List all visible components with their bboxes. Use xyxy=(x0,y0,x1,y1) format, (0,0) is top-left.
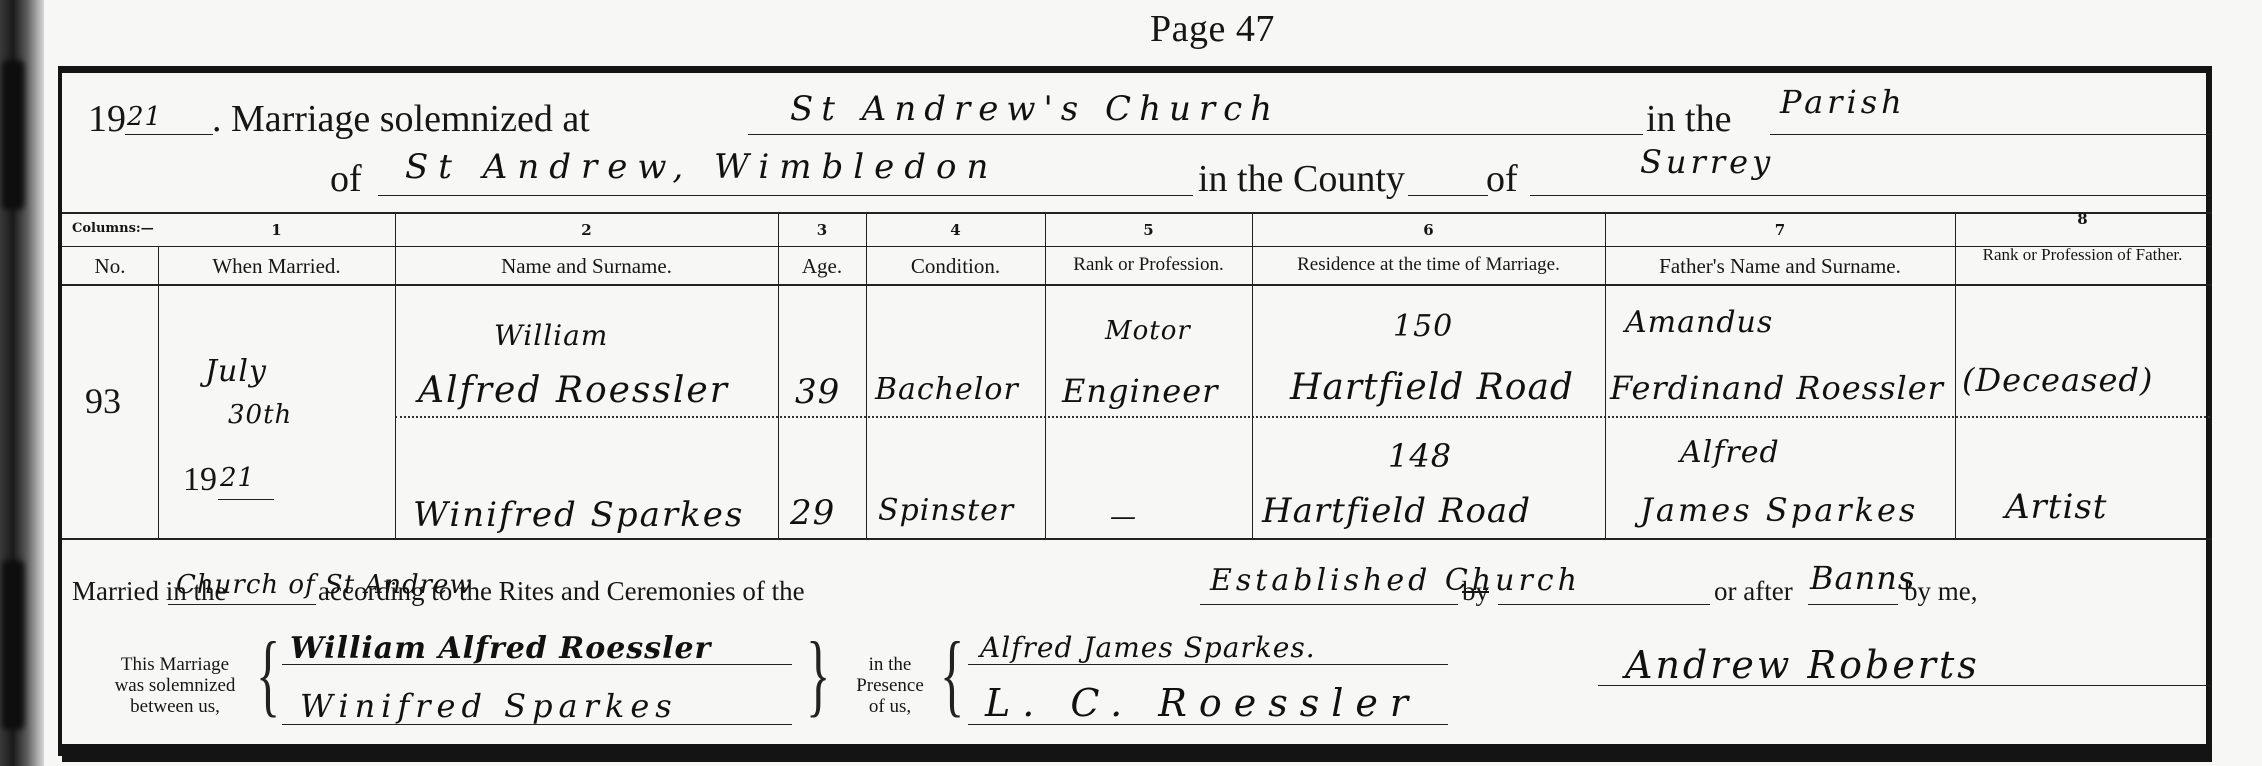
table-top-rule xyxy=(62,212,2212,214)
column-number-3: 3 xyxy=(778,221,866,239)
year-prefix: 19 xyxy=(88,100,126,138)
page-number: Page 47 xyxy=(1150,10,1275,48)
bride-age: 29 xyxy=(790,496,835,530)
columns-label: Columns:— xyxy=(72,222,154,235)
column-number-8: 8 xyxy=(1955,210,2210,228)
county-underline-b xyxy=(1530,195,2210,196)
column-number-7: 7 xyxy=(1605,221,1955,239)
groom-signature-line xyxy=(282,664,792,665)
parish-underline xyxy=(378,195,1193,196)
witness-brace: { xyxy=(940,628,964,720)
groom-name-line1: William xyxy=(494,322,608,350)
header-name-surname: Name and Surname. xyxy=(395,254,778,279)
header-age: Age. xyxy=(778,254,866,279)
bride-father-line1: Alfred xyxy=(1680,438,1780,468)
married-year-underline xyxy=(218,499,274,500)
groom-residence-line2: Hartfield Road xyxy=(1290,370,1574,406)
county-label: in the County xyxy=(1198,160,1405,198)
groom-condition: Bachelor xyxy=(875,375,1019,405)
after-value: Banns xyxy=(1810,562,1915,594)
district-type-value: Parish xyxy=(1780,86,1906,118)
frame-top-rule xyxy=(58,66,2212,73)
groom-age: 39 xyxy=(795,375,840,409)
county-underline-a xyxy=(1408,195,1488,196)
groom-row-dotted-rule xyxy=(395,416,2210,418)
officiant-signature: Andrew Roberts xyxy=(1625,646,1980,684)
bride-residence-line2: Hartfield Road xyxy=(1262,494,1531,528)
column-number-rule xyxy=(62,246,2212,247)
header-father-profession: Rank or Profession of Father. xyxy=(1955,245,2210,265)
solemnized-label: . Marriage solemnized at xyxy=(212,100,590,138)
presence-label-line2: Presence xyxy=(850,676,930,695)
header-no: No. xyxy=(62,254,158,279)
by-me-label: by me, xyxy=(1904,578,1978,605)
groom-residence-line1: 150 xyxy=(1393,312,1453,342)
bride-father-line2: James Sparkes xyxy=(1640,494,1918,526)
header-condition: Condition. xyxy=(866,254,1045,279)
parish-value: St Andrew, Wimbledon xyxy=(405,150,998,184)
year-underline xyxy=(125,134,213,135)
header-rank-profession: Rank or Profession. xyxy=(1045,254,1252,276)
rites-value: Established Church xyxy=(1210,566,1581,596)
married-in-underline xyxy=(168,604,316,605)
bride-profession: — xyxy=(1110,504,1137,530)
of-label: of xyxy=(330,160,362,198)
header-when-married: When Married. xyxy=(158,254,395,279)
column-number-4: 4 xyxy=(866,221,1045,239)
rites-underline xyxy=(1200,604,1458,605)
county-value: Surrey xyxy=(1640,146,1774,178)
table-bottom-rule xyxy=(62,538,2212,540)
place-underline xyxy=(748,134,1643,135)
or-after-label: or after xyxy=(1714,578,1793,605)
witness-2-signature: L. C. Roessler xyxy=(985,684,1420,722)
place-value: St Andrew's Church xyxy=(790,92,1280,126)
groom-profession-line2: Engineer xyxy=(1062,375,1218,407)
officiant-signature-line xyxy=(1598,685,2210,686)
frame-bottom-rule xyxy=(62,744,2212,762)
groom-father-line1: Amandus xyxy=(1625,308,1773,338)
entry-number: 93 xyxy=(85,383,121,419)
between-label-line3: between us, xyxy=(85,697,265,716)
married-month: July xyxy=(205,357,267,387)
column-number-1: 1 xyxy=(158,221,395,239)
by-underline xyxy=(1498,604,1710,605)
header-residence: Residence at the time of Marriage. xyxy=(1252,254,1605,276)
groom-father-profession: (Deceased) xyxy=(1962,364,2153,396)
between-label-line1: This Marriage xyxy=(85,655,265,674)
column-number-2: 2 xyxy=(395,221,778,239)
header-father-name: Father's Name and Surname. xyxy=(1605,254,1955,279)
book-binding-edge xyxy=(0,0,44,766)
by-label: by xyxy=(1462,578,1489,605)
groom-father-line2: Ferdinand Roessler xyxy=(1610,372,1944,404)
col-divider-1 xyxy=(158,246,159,538)
bride-signature: Winifred Sparkes xyxy=(300,690,678,722)
witness-1-signature: Alfred James Sparkes. xyxy=(980,634,1316,662)
bride-signature-line xyxy=(282,724,792,725)
right-brace: } xyxy=(806,628,830,720)
in-the-label: in the xyxy=(1646,100,1731,138)
married-day: 30th xyxy=(228,402,292,428)
year-suffix: 21 xyxy=(127,104,162,130)
district-underline xyxy=(1770,134,2210,135)
rites-label: according to the Rites and Ceremonies of… xyxy=(318,578,805,605)
groom-profession-line1: Motor xyxy=(1105,318,1191,344)
after-underline xyxy=(1808,604,1898,605)
between-label-line2: was solemnized xyxy=(85,676,265,695)
bride-condition: Spinster xyxy=(878,496,1014,526)
presence-label-line3: of us, xyxy=(850,697,930,716)
bride-name: Winifred Sparkes xyxy=(413,498,744,532)
county-of-label: of xyxy=(1486,160,1518,198)
column-number-5: 5 xyxy=(1045,221,1252,239)
column-number-6: 6 xyxy=(1252,221,1605,239)
bride-father-profession: Artist xyxy=(2005,490,2107,524)
witness-1-line xyxy=(968,664,1448,665)
header-bottom-rule xyxy=(62,284,2212,286)
left-brace: { xyxy=(256,628,280,720)
married-year-prefix: 19 xyxy=(183,463,217,497)
groom-name-line2: Alfred Roessler xyxy=(418,373,729,409)
married-year-suffix: 21 xyxy=(220,465,255,491)
groom-signature: William Alfred Roessler xyxy=(290,634,711,664)
witness-2-line xyxy=(968,724,1448,725)
presence-label-line1: in the xyxy=(850,655,930,674)
bride-residence-line1: 148 xyxy=(1388,440,1452,472)
